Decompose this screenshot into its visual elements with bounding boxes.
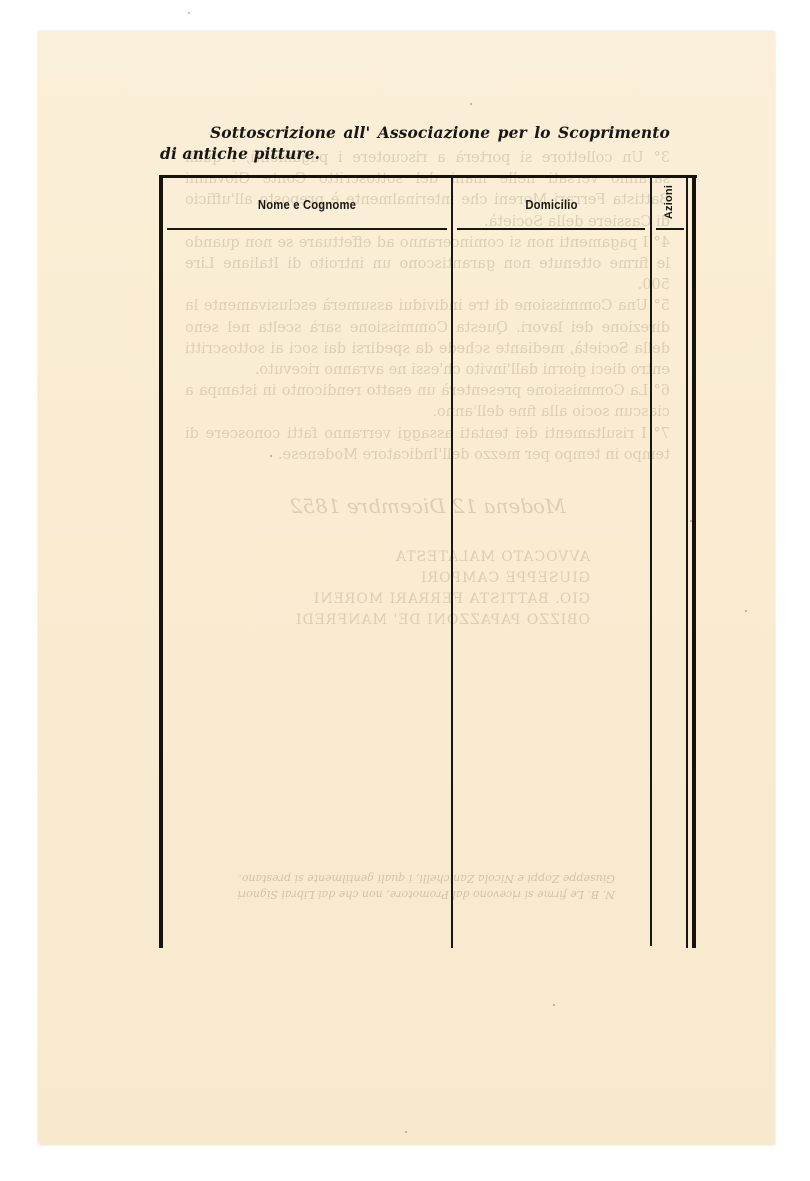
table-top-rule [159, 175, 697, 178]
paper-speck [188, 12, 190, 14]
header-underline [167, 228, 447, 230]
column-header-label: Nome e Cognome [258, 198, 356, 212]
nome-column-entry-area[interactable] [163, 231, 451, 945]
paper-speck [690, 520, 692, 522]
column-header-label: Domicilio [525, 198, 577, 212]
column-divider [686, 178, 688, 948]
page-title: Sottoscrizione all' Associazione per lo … [160, 122, 670, 164]
column-header-nome: Nome e Cognome [179, 185, 435, 225]
paper-speck [470, 103, 472, 105]
header-underline [656, 228, 684, 230]
paper-speck [270, 455, 272, 457]
header-underline [457, 228, 645, 230]
paper-speck [745, 610, 747, 612]
column-header-domicilio: Domicilio [463, 185, 640, 225]
table-right-border [692, 175, 696, 948]
subscription-table: Nome e Cognome Domicilio Azioni [159, 175, 697, 948]
azioni-column-entry-area[interactable] [652, 231, 686, 945]
paper-speck [405, 1131, 407, 1133]
domicilio-column-entry-area[interactable] [453, 231, 650, 945]
column-header-label: Azioni [663, 185, 675, 219]
column-header-azioni: Azioni [652, 179, 686, 225]
paper-speck [553, 1004, 555, 1006]
